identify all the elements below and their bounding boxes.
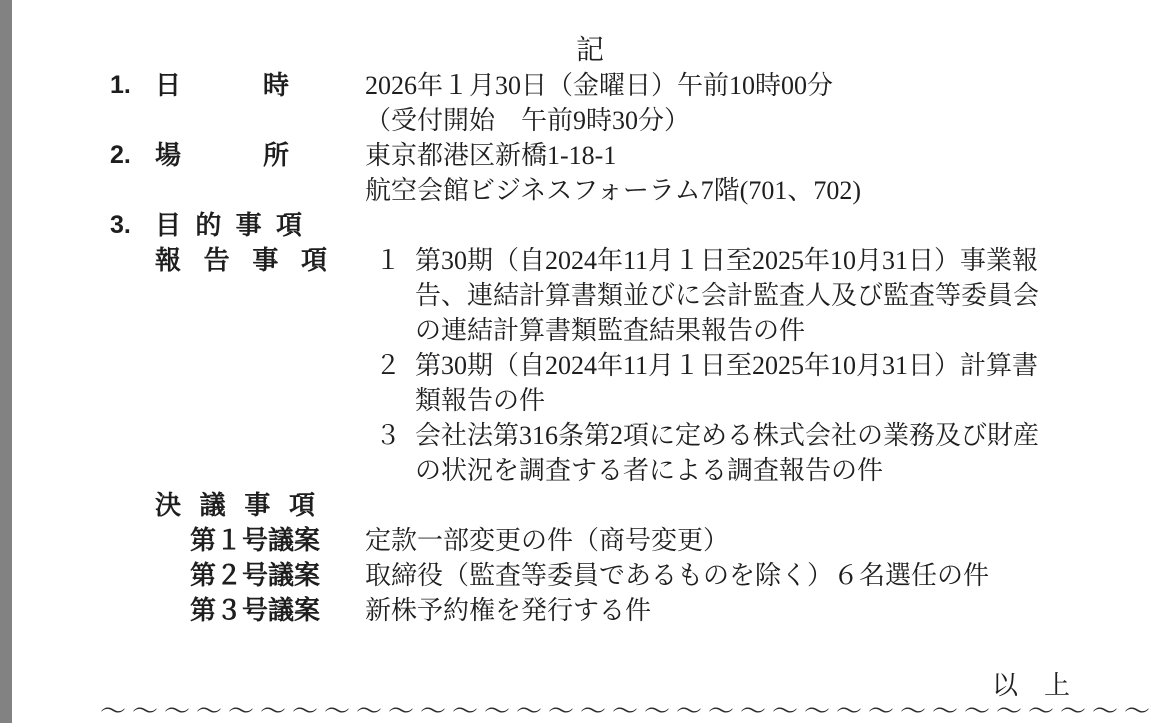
page-edge-bar <box>0 0 12 723</box>
proposal-row-3: 第３号議案 新株予約権を発行する件 <box>12 593 1170 628</box>
datetime-line-reception: （受付開始 午前9時30分） <box>365 103 1055 138</box>
proposal-1-text: 定款一部変更の件（商号変更） <box>365 523 1170 558</box>
report-item-text: 会社法第316条第2項に定める株式会社の業務及び財産の状況を調査する者による調査… <box>415 418 1055 488</box>
document-page: 記 1. 日 時 2026年１月30日（金曜日）午前10時00分 （受付開始 午… <box>0 0 1170 723</box>
proposal-row-2: 第２号議案 取締役（監査等委員であるものを除く）６名選任の件 <box>12 558 1170 593</box>
report-items: １ 第30期（自2024年11月１日至2025年10月31日）事業報告、連結計算… <box>365 243 1055 488</box>
place-line-address: 東京都港区新橋1-18-1 <box>365 138 1055 173</box>
section-body: 2026年１月30日（金曜日）午前10時00分 （受付開始 午前9時30分） <box>365 68 1055 138</box>
section-label-datetime: 日 時 <box>155 68 289 103</box>
report-item: １ 第30期（自2024年11月１日至2025年10月31日）事業報告、連結計算… <box>365 243 1055 348</box>
section-label-place: 場 所 <box>155 138 289 173</box>
place-line-venue: 航空会館ビジネスフォーラム7階(701、702) <box>365 173 1055 208</box>
report-label: 報 告 事 項 <box>155 243 327 278</box>
proposal-3-text: 新株予約権を発行する件 <box>365 593 1170 628</box>
doc-header-ki: 記 <box>12 33 1170 68</box>
proposal-row-1: 第１号議案 定款一部変更の件（商号変更） <box>12 523 1170 558</box>
report-item-text: 第30期（自2024年11月１日至2025年10月31日）計算書類報告の件 <box>415 348 1055 418</box>
document-content: 記 1. 日 時 2026年１月30日（金曜日）午前10時00分 （受付開始 午… <box>12 0 1170 723</box>
section-purpose: 3. 目 的 事 項 <box>12 208 1170 243</box>
closing-ijou: 以 上 <box>12 668 1170 703</box>
proposal-2-text: 取締役（監査等委員であるものを除く）６名選任の件 <box>365 558 1170 593</box>
section-label-box: 報 告 事 項 <box>155 243 365 278</box>
report-item-number: ３ <box>365 418 415 453</box>
report-item-text: 第30期（自2024年11月１日至2025年10月31日）事業報告、連結計算書類… <box>415 243 1055 348</box>
proposal-3-label: 第３号議案 <box>190 593 365 628</box>
section-label-box: 目 的 事 項 <box>155 208 365 243</box>
report-item: ２ 第30期（自2024年11月１日至2025年10月31日）計算書類報告の件 <box>365 348 1055 418</box>
section-label-box: 決 議 事 項 <box>155 488 365 523</box>
report-item-number: １ <box>365 243 415 278</box>
section-label-box: 場 所 <box>155 138 365 173</box>
proposal-2-label: 第２号議案 <box>190 558 365 593</box>
section-number: 2. <box>110 138 155 173</box>
wavy-divider: 〜〜〜〜〜〜〜〜〜〜〜〜〜〜〜〜〜〜〜〜〜〜〜〜〜〜〜〜〜〜〜〜〜 <box>100 699 1170 723</box>
section-number: 1. <box>110 68 155 103</box>
report-item: ３ 会社法第316条第2項に定める株式会社の業務及び財産の状況を調査する者による… <box>365 418 1055 488</box>
resolution-section: 決 議 事 項 <box>12 488 1170 523</box>
section-datetime: 1. 日 時 2026年１月30日（金曜日）午前10時00分 （受付開始 午前9… <box>12 68 1170 138</box>
section-place: 2. 場 所 東京都港区新橋1-18-1 航空会館ビジネスフォーラム7階(701… <box>12 138 1170 208</box>
report-section: 報 告 事 項 １ 第30期（自2024年11月１日至2025年10月31日）事… <box>12 243 1170 488</box>
proposal-1-label: 第１号議案 <box>190 523 365 558</box>
section-label-purpose: 目 的 事 項 <box>155 208 302 243</box>
section-number: 3. <box>110 208 155 243</box>
datetime-line-main: 2026年１月30日（金曜日）午前10時00分 <box>365 68 1055 103</box>
section-label-box: 日 時 <box>155 68 365 103</box>
section-body: 東京都港区新橋1-18-1 航空会館ビジネスフォーラム7階(701、702) <box>365 138 1055 208</box>
resolution-label: 決 議 事 項 <box>155 488 315 523</box>
report-item-number: ２ <box>365 348 415 383</box>
